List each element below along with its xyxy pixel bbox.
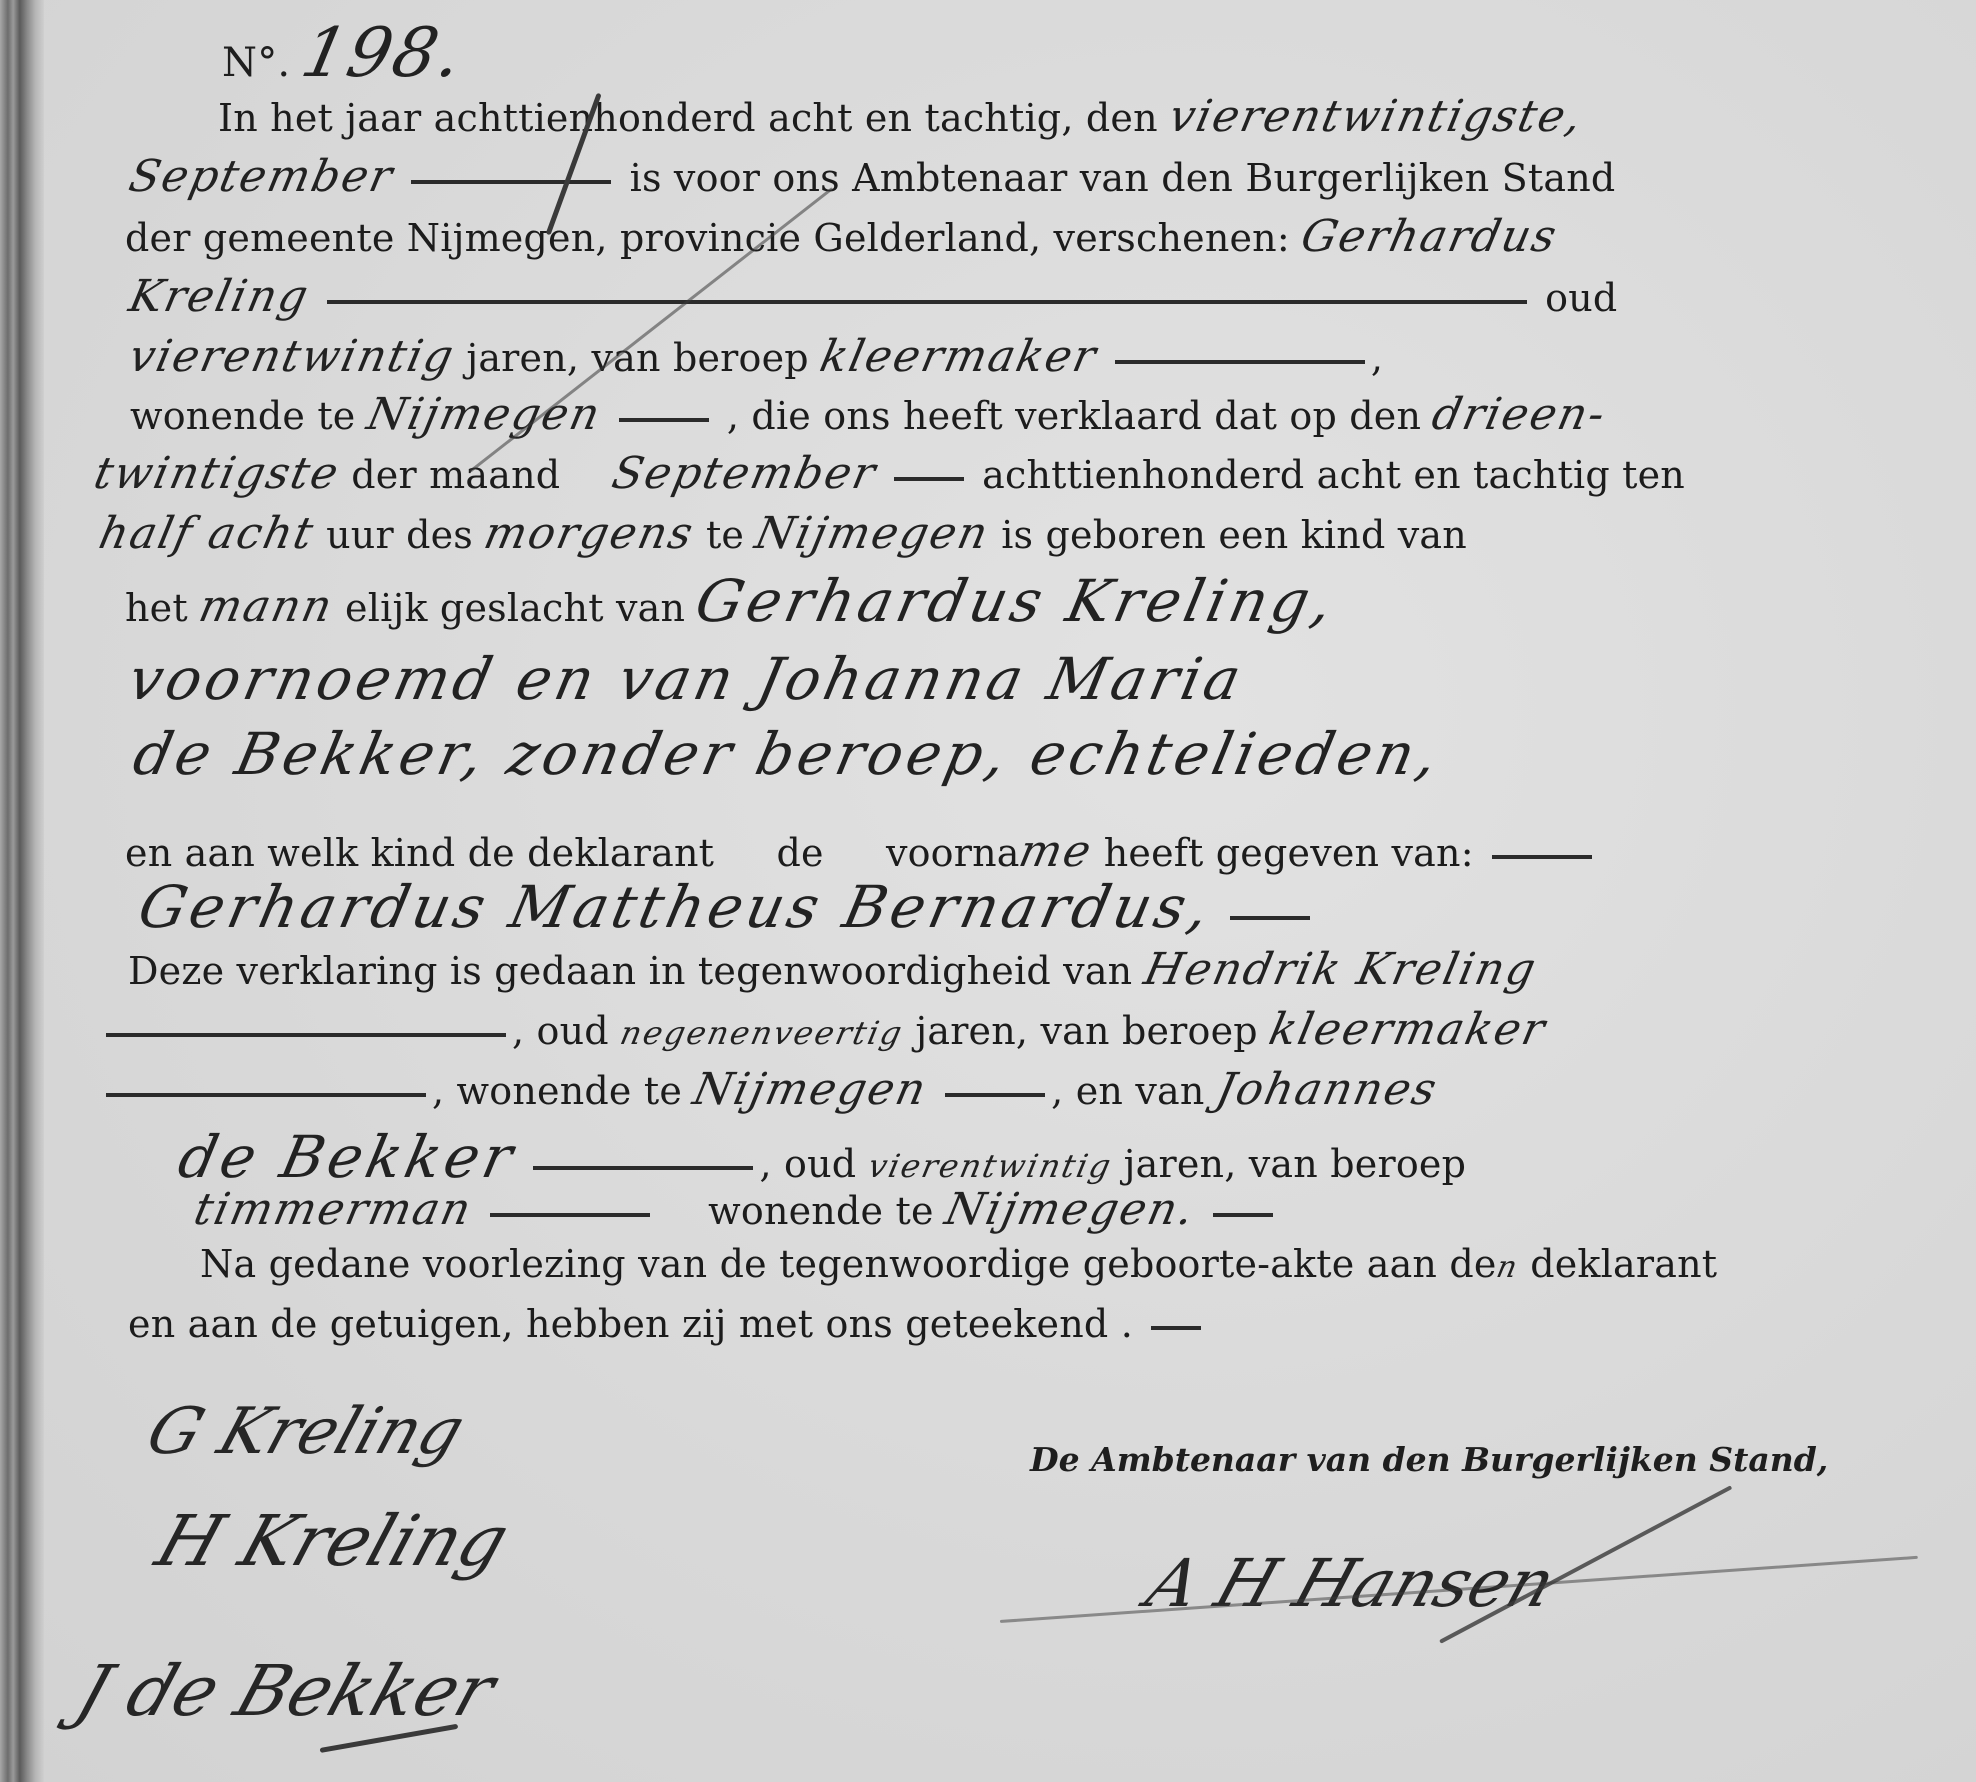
handwritten-time-of-day: morgens — [481, 512, 699, 556]
printed-text: , en van — [1051, 1069, 1204, 1113]
printed-text: de — [776, 831, 823, 875]
fill-rule — [1151, 1326, 1201, 1330]
handwritten-child-names: Gerhardus Mattheus Bernardus, — [134, 878, 1218, 936]
number-value: 198. — [295, 20, 469, 88]
printed-text: is geboren een kind van — [1001, 513, 1467, 557]
fill-rule — [327, 300, 1527, 304]
text-line-9: het mann elijk geslacht van Gerhardus Kr… — [125, 572, 1336, 630]
handwritten-witness-2-occupation: timmerman — [190, 1188, 476, 1232]
printed-text: heeft gegeven van: — [1104, 831, 1474, 875]
printed-text: , die ons heeft verklaard dat op den — [727, 394, 1421, 438]
fill-rule — [1492, 855, 1592, 859]
number-label: N°. — [222, 40, 290, 86]
printed-text: oud — [1545, 276, 1617, 320]
printed-text: wonende te — [708, 1189, 934, 1233]
text-line-11: de Bekker, zonder beroep, echtelieden, — [135, 725, 1440, 783]
printed-text: en aan welk kind de deklarant — [125, 831, 714, 875]
printed-text: jaren, van beroep — [1124, 1142, 1466, 1186]
text-line-20: en aan de getuigen, hebben zij met ons g… — [128, 1305, 1207, 1343]
printed-text: wonende te — [130, 394, 356, 438]
handwritten-occupation: kleermaker — [816, 335, 1101, 379]
handwritten-month: September — [125, 155, 397, 199]
handwritten-residence: Nijmegen — [363, 393, 605, 437]
handwritten-witness-1-residence: Nijmegen — [690, 1068, 932, 1112]
text-line-15: , oud negenenveertig jaren, van beroep k… — [100, 1008, 1546, 1052]
printed-text: voorna — [886, 831, 1020, 875]
text-line-4: Kreling oud — [130, 275, 1617, 319]
printed-text: Deze verklaring is gedaan in tegenwoordi… — [128, 949, 1132, 993]
handwritten-correction: me — [1015, 830, 1096, 874]
handwritten-birth-day-cont: twintigste — [90, 452, 343, 496]
text-line-2: September is voor ons Ambtenaar van den … — [130, 155, 1615, 199]
handwritten-mother-details: de Bekker, zonder beroep, echtelieden, — [129, 725, 1446, 783]
fill-rule — [1115, 360, 1365, 364]
fill-rule — [945, 1093, 1045, 1097]
handwritten-date-day: vierentwintigste, — [1165, 95, 1587, 139]
fill-rule — [411, 180, 611, 184]
printed-text: jaren, van beroep — [466, 336, 808, 380]
printed-text: achttienhonderd acht en tachtig ten — [982, 453, 1685, 497]
fill-rule — [106, 1033, 506, 1037]
printed-text: , oud — [759, 1142, 856, 1186]
handwritten-birth-month: September — [608, 452, 880, 496]
handwritten-witness-2-residence: Nijmegen. — [941, 1188, 1199, 1232]
handwritten-birth-day: drieen- — [1429, 393, 1611, 437]
text-line-12: en aan welk kind de deklarant de voornam… — [125, 830, 1598, 874]
official-title: De Ambtenaar van den Burgerlijken Stand, — [1030, 1440, 1828, 1479]
fill-rule — [1213, 1213, 1273, 1217]
text-line-10: voornoemd en van Johanna Maria — [130, 650, 1243, 708]
text-line-6: wonende te Nijmegen , die ons heeft verk… — [130, 393, 1606, 437]
handwritten-witness-1-occupation: kleermaker — [1265, 1008, 1550, 1052]
handwritten-witness-2-first-name: Johannes — [1212, 1068, 1441, 1112]
fill-rule — [894, 477, 964, 481]
printed-text: en aan de getuigen, hebben zij met ons g… — [128, 1302, 1133, 1346]
text-line-8: half acht uur des morgens te Nijmegen is… — [100, 512, 1467, 556]
signature-witness-1: H Kreling — [147, 1500, 519, 1582]
printed-text: Na gedane voorlezing van de tegenwoordig… — [200, 1242, 1497, 1286]
handwritten-declarant-first-name: Gerhardus — [1297, 215, 1561, 259]
printed-text: , oud — [512, 1009, 609, 1053]
text-line-1: In het jaar achttienhonderd acht en tach… — [218, 95, 1582, 139]
printed-text: het — [125, 586, 188, 630]
printed-text: der gemeente Nijmegen, provincie Gelderl… — [125, 216, 1290, 260]
fill-rule — [106, 1093, 426, 1097]
text-line-19: Na gedane voorlezing van de tegenwoordig… — [200, 1245, 1717, 1283]
text-line-14: Deze verklaring is gedaan in tegenwoordi… — [128, 948, 1536, 992]
book-binding-edge — [0, 0, 44, 1782]
printed-text: te — [706, 513, 744, 557]
fill-rule — [1230, 916, 1310, 920]
printed-text: elijk geslacht van — [345, 586, 685, 630]
fill-rule — [619, 418, 709, 422]
handwritten-witness-1-age: negenenveertig — [618, 1017, 907, 1049]
signature-witness-2: J de Bekker — [67, 1650, 505, 1732]
punctuation: , — [1371, 336, 1383, 380]
handwritten-witness-1-name: Hendrik Kreling — [1140, 948, 1541, 992]
text-line-17: de Bekker , oud vierentwintig jaren, van… — [180, 1128, 1466, 1186]
printed-text: uur des — [326, 513, 473, 557]
handwritten-declarant-surname: Kreling — [125, 275, 313, 319]
handwritten-father-name: Gerhardus Kreling, — [691, 572, 1341, 630]
text-line-7: twintigste der maand September achttienh… — [95, 452, 1685, 496]
handwritten-birth-place: Nijmegen — [752, 512, 994, 556]
text-line-18: timmerman wonende te Nijmegen. — [195, 1188, 1279, 1232]
handwritten-birth-time: half acht — [95, 512, 318, 556]
printed-text: deklarant — [1530, 1242, 1717, 1286]
handwritten-witness-2-surname: de Bekker — [174, 1128, 522, 1186]
printed-text: der maand — [351, 453, 560, 497]
handwritten-mother-name: voornoemd en van Johanna Maria — [124, 650, 1250, 708]
certificate-number: N°. 198. — [222, 20, 462, 88]
text-line-3: der gemeente Nijmegen, provincie Gelderl… — [125, 215, 1557, 259]
handwritten-sex: mann — [195, 585, 337, 629]
handwritten-age: vierentwintig — [125, 335, 458, 379]
printed-text: In het jaar achttienhonderd acht en tach… — [218, 96, 1158, 140]
printed-text: jaren, van beroep — [915, 1009, 1257, 1053]
text-line-13: Gerhardus Mattheus Bernardus, — [140, 878, 1316, 936]
handwritten-witness-2-age: vierentwintig — [865, 1150, 1115, 1182]
handwritten-insertion: n — [1493, 1253, 1521, 1283]
printed-text: , wonende te — [432, 1069, 682, 1113]
text-line-5: vierentwintig jaren, van beroep kleermak… — [130, 335, 1383, 379]
text-line-16: , wonende te Nijmegen , en van Johannes — [100, 1068, 1437, 1112]
fill-rule — [533, 1166, 753, 1170]
fill-rule — [490, 1213, 650, 1217]
printed-text: is voor ons Ambtenaar van den Burgerlijk… — [630, 156, 1616, 200]
signature-declarant: G Kreling — [138, 1395, 473, 1469]
